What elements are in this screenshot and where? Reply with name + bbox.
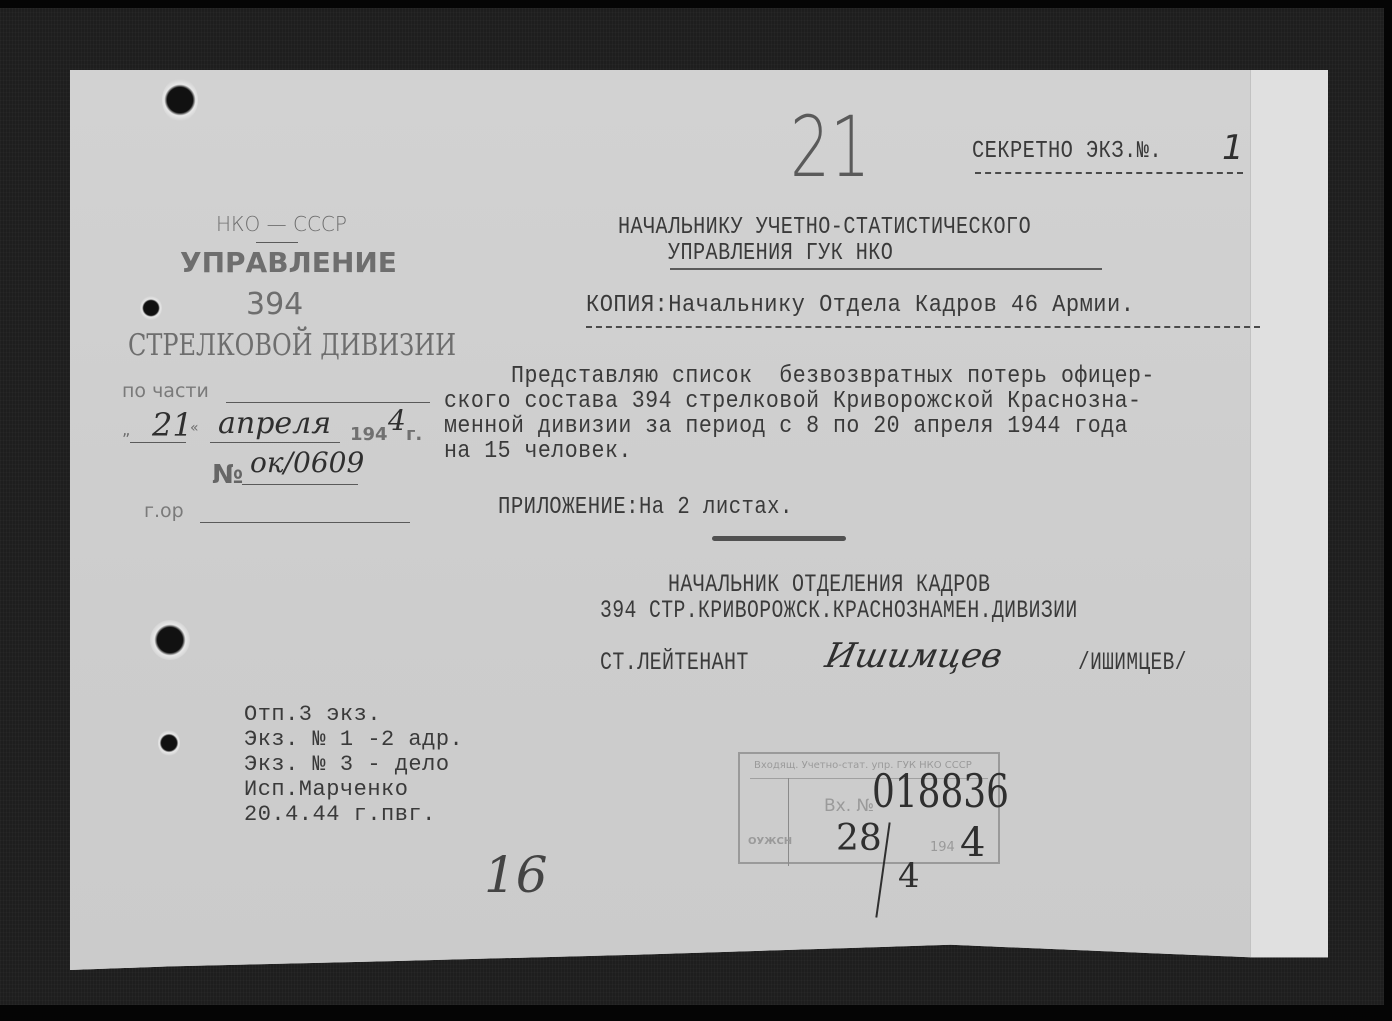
stamp-divider bbox=[256, 242, 298, 243]
distribution-line: Экз. № 1 -2 адр. bbox=[244, 727, 463, 752]
binding-hole-small-lower bbox=[158, 730, 180, 756]
scan-border-top bbox=[0, 0, 1392, 8]
binding-hole-middle bbox=[150, 620, 190, 660]
scan-border-right bbox=[1384, 0, 1392, 1021]
separator-stroke bbox=[712, 536, 846, 541]
addressee-line2: УПРАВЛЕНИЯ ГУК НКО bbox=[668, 240, 893, 267]
date-year-suffix: 4 bbox=[388, 404, 406, 437]
date-day: 21 bbox=[152, 406, 193, 444]
stamp-ministry: НКО — СССР bbox=[216, 212, 347, 236]
incoming-date-day: 28 bbox=[836, 818, 882, 859]
date-day-line bbox=[130, 442, 186, 443]
body-line-3: менной дивизии за период с 8 по 20 апрел… bbox=[444, 414, 1155, 439]
date-quote-close: « bbox=[190, 420, 199, 436]
distribution-line: Отп.3 экз. bbox=[244, 702, 463, 727]
date-year-label: г. bbox=[406, 424, 422, 445]
distribution-line: Исп.Марченко bbox=[244, 777, 463, 802]
stamp-division-name: СТРЕЛКОВОЙ ДИВИЗИИ bbox=[128, 328, 456, 363]
number-line bbox=[242, 484, 358, 485]
attachment-line: ПРИЛОЖЕНИЕ:На 2 листах. bbox=[498, 494, 793, 521]
incoming-number: 018836 bbox=[872, 764, 1009, 818]
by-part-label: по части bbox=[122, 380, 209, 402]
outgoing-number: ок/0609 bbox=[250, 446, 364, 479]
by-part-line bbox=[226, 402, 430, 403]
copy-to-underline bbox=[586, 326, 1260, 328]
signatory-title-line1: НАЧАЛЬНИК ОТДЕЛЕНИЯ КАДРОВ bbox=[668, 570, 990, 599]
stamp-directorate: УПРАВЛЕНИЕ bbox=[180, 246, 397, 279]
incoming-stamp-left-label: ОУЖСН bbox=[748, 836, 792, 847]
page-number-handwritten: 16 bbox=[484, 846, 548, 904]
distribution-list: Отп.3 экз. Экз. № 1 -2 адр. Экз. № 3 - д… bbox=[244, 702, 463, 827]
incoming-year-suffix: 4 bbox=[960, 820, 985, 866]
city-line bbox=[200, 522, 410, 523]
signatory-name: /ИШИМЦЕВ/ bbox=[1078, 648, 1187, 677]
signatory-rank: СТ.ЛЕЙТЕНАНТ bbox=[600, 648, 749, 677]
body-line-2: ского состава 394 стрелковой Криворожско… bbox=[444, 389, 1155, 414]
date-month: апреля bbox=[218, 406, 331, 441]
body-line-4: на 15 человек. bbox=[444, 439, 1155, 464]
signatory-title-line2: 394 СТР.КРИВОРОЖСК.КРАСНОЗНАМЕН.ДИВИЗИИ bbox=[600, 596, 1078, 625]
binding-hole-small-upper bbox=[140, 296, 162, 320]
addressee-line1: НАЧАЛЬНИКУ УЧЕТНО-СТАТИСТИЧЕСКОГО bbox=[618, 214, 1031, 241]
handwritten-signature: Ишимцев bbox=[822, 636, 1006, 676]
date-year-prefix: 194 bbox=[350, 424, 388, 445]
sheet-margin-strip bbox=[1250, 70, 1329, 970]
document-sheet: 21 СЕКРЕТНО ЭКЗ.№. 1 НКО — СССР УПРАВЛЕН… bbox=[70, 70, 1328, 970]
scan-border-bottom bbox=[0, 1005, 1392, 1021]
date-quote-open: „ bbox=[122, 420, 130, 439]
classification-label: СЕКРЕТНО ЭКЗ.№. bbox=[972, 138, 1162, 165]
archive-folio-number: 21 bbox=[790, 98, 870, 196]
body-line-1: Представляю список безвозвратных потерь … bbox=[444, 364, 1155, 389]
incoming-stamp-year-label: 194 bbox=[930, 840, 955, 855]
incoming-date-month: 4 bbox=[898, 856, 920, 896]
city-label: г.ор bbox=[144, 500, 184, 522]
copy-to-line: КОПИЯ:Начальнику Отдела Кадров 46 Армии. bbox=[586, 292, 1134, 319]
stamp-division-number: 394 bbox=[246, 287, 303, 322]
distribution-line: Экз. № 3 - дело bbox=[244, 752, 463, 777]
binding-hole-top bbox=[162, 78, 198, 122]
distribution-line: 20.4.44 г.пвг. bbox=[244, 802, 463, 827]
classification-underline bbox=[975, 172, 1243, 174]
number-label: № bbox=[212, 460, 243, 490]
addressee-underline bbox=[670, 268, 1102, 270]
copy-number-handwritten: 1 bbox=[1222, 128, 1244, 168]
date-month-line bbox=[210, 442, 340, 443]
body-text: Представляю список безвозвратных потерь … bbox=[444, 364, 1234, 464]
incoming-stamp-in-label: Вх. № bbox=[824, 796, 874, 816]
